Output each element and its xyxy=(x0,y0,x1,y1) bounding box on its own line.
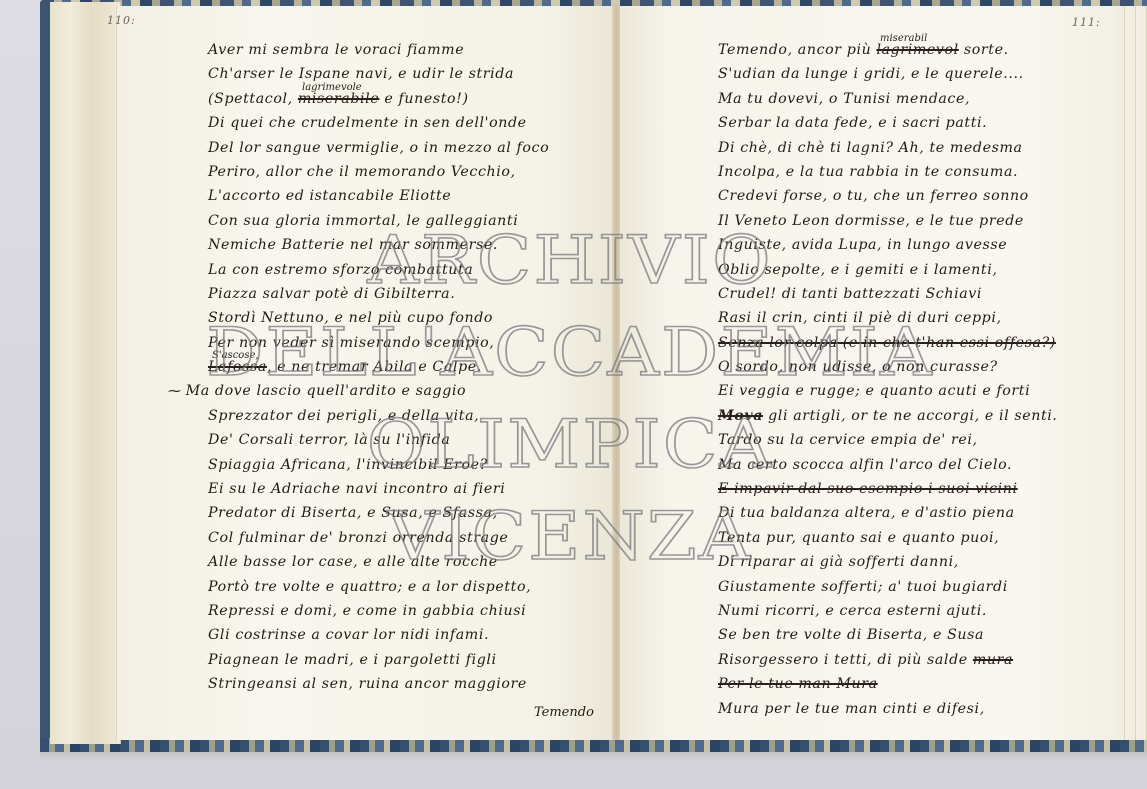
verse-text: Rasi il crin, cinti il piè di duri ceppi… xyxy=(718,310,1002,326)
verse-text: Alle basse lor case, e alle alte rocche xyxy=(208,554,498,570)
verse-text: sorte. xyxy=(959,42,1009,58)
verse-text: Predator di Biserta, e Susa, e Sfassa, xyxy=(208,505,498,521)
verse-line: Alle basse lor case, e alle alte rocche xyxy=(208,550,549,574)
verse-text: Inguiste, avida Lupa, in lungo avesse xyxy=(718,237,1007,253)
verse-line: Incolpa, e la tua rabbia in te consuma. xyxy=(718,160,1058,184)
folio-number-left: 110: xyxy=(107,14,136,27)
verse-text: Piagnean le madri, e i pargoletti figli xyxy=(208,652,497,668)
verse-text: Risorgessero i tetti, di più salde xyxy=(718,652,973,668)
verse-line: Stringeansi al sen, ruina ancor maggiore xyxy=(208,672,549,696)
struck-through-text: mura xyxy=(973,652,1013,668)
verse-line: Senza lor colpa (e in che t'han essi off… xyxy=(718,331,1058,355)
verse-text: Aver mi sembra le voraci fiamme xyxy=(208,42,464,58)
verse-text: Con sua gloria immortal, le galleggianti xyxy=(208,213,518,229)
verse-line: Predator di Biserta, e Susa, e Sfassa, xyxy=(208,501,549,525)
verse-line: ⁓Ma dove lascio quell'ardito e saggio xyxy=(168,379,549,403)
verse-line: Temendo, ancor più miserabillagrimevol s… xyxy=(718,38,1058,62)
verse-line: Ma certo scocca alfin l'arco del Cielo. xyxy=(718,453,1058,477)
verse-text: Crudel! di tanti battezzati Schiavi xyxy=(718,286,982,302)
verse-line: La con estremo sforzo combattuta xyxy=(208,258,549,282)
book-shadow xyxy=(40,752,1147,762)
struck-through-text: Per le tue man Mura xyxy=(718,676,878,692)
verse-text: Stordì Nettuno, e nel più cupo fondo xyxy=(208,310,493,326)
verse-text: (Spettacol, xyxy=(208,91,298,107)
verse-line: S'ascose,Lafossa, e ne tremar Abila e Ca… xyxy=(208,355,549,379)
interlinear-correction: S'ascose, xyxy=(212,344,259,368)
verse-text: Di riparar ai già sofferti danni, xyxy=(718,554,959,570)
verse-line: Per non veder sì miserando scempio, xyxy=(208,331,549,355)
verse-line: L'accorto ed istancabile Eliotte xyxy=(208,184,549,208)
verse-line: Mova gli artigli, or te ne accorgi, e il… xyxy=(718,404,1058,428)
verse-text: gli artigli, or te ne accorgi, e il sent… xyxy=(763,408,1057,424)
verse-text: Ma dove lascio quell'ardito e saggio xyxy=(186,383,467,399)
verse-line: Portò tre volte e quattro; e a lor dispe… xyxy=(208,575,549,599)
verse-line: Tenta pur, quanto sai e quanto puoi, xyxy=(718,526,1058,550)
verse-text: Tenta pur, quanto sai e quanto puoi, xyxy=(718,530,999,546)
verse-line: S'udian da lunge i gridi, e le querele..… xyxy=(718,62,1058,86)
verse-line: Spiaggia Africana, l'invincibil Eroe? xyxy=(208,453,549,477)
verse-line: Piagnean le madri, e i pargoletti figli xyxy=(208,648,549,672)
verse-line: Col fulminar de' bronzi orrenda strage xyxy=(208,526,549,550)
verse-line: Ma tu dovevi, o Tunisi mendace, xyxy=(718,87,1058,111)
verse-text: Tardo su la cervice empia de' rei, xyxy=(718,432,978,448)
verse-line: Se ben tre volte di Biserta, e Susa xyxy=(718,623,1058,647)
verse-line: Stordì Nettuno, e nel più cupo fondo xyxy=(208,306,549,330)
verse-text: Di chè, di chè ti lagni? Ah, te medesma xyxy=(718,140,1023,156)
verse-text: Numi ricorri, e cerca esterni ajuti. xyxy=(718,603,987,619)
verse-line: Risorgessero i tetti, di più salde mura xyxy=(718,648,1058,672)
verse-text: La con estremo sforzo combattuta xyxy=(208,262,473,278)
verse-text: Stringeansi al sen, ruina ancor maggiore xyxy=(208,676,527,692)
verse-line: Sprezzator dei perigli, e della vita, xyxy=(208,404,549,428)
verse-line: O sordo, non udisse, o non curasse? xyxy=(718,355,1058,379)
verse-text: Ei su le Adriache navi incontro ai fieri xyxy=(208,481,505,497)
verse-text: O sordo, non udisse, o non curasse? xyxy=(718,359,998,375)
verse-line: (Spettacol, lagrimevolemiserabile e fune… xyxy=(208,87,549,111)
verse-text: L'accorto ed istancabile Eliotte xyxy=(208,188,451,204)
verse-text: Serbar la data fede, e i sacri patti. xyxy=(718,115,987,131)
verse-text: Ma tu dovevi, o Tunisi mendace, xyxy=(718,91,970,107)
verse-text: Periro, allor che il memorando Vecchio, xyxy=(208,164,516,180)
verse-text: Ma certo scocca alfin l'arco del Cielo. xyxy=(718,457,1012,473)
verse-text: Sprezzator dei perigli, e della vita, xyxy=(208,408,479,424)
verse-line: Crudel! di tanti battezzati Schiavi xyxy=(718,282,1058,306)
verse-text: Repressi e domi, e come in gabbia chiusi xyxy=(208,603,526,619)
left-page-edges xyxy=(50,2,121,744)
verse-text: S'udian da lunge i gridi, e le querele..… xyxy=(718,66,1024,82)
verse-text: , e ne tremar Abila e Calpe. xyxy=(267,359,482,375)
verse-text: Giustamente sofferti; a' tuoi bugiardi xyxy=(718,579,1008,595)
verse-text: Di quei che crudelmente in sen dell'onde xyxy=(208,115,527,131)
verse-text: Mura per le tue man cinti e difesi, xyxy=(718,701,985,717)
interlinear-correction: miserabil xyxy=(880,27,927,51)
verse-text: Gli costrinse a covar lor nidi infami. xyxy=(208,627,489,643)
verse-line: Inguiste, avida Lupa, in lungo avesse xyxy=(718,233,1058,257)
verse-text: Ei veggia e rugge; e quanto acuti e fort… xyxy=(718,383,1030,399)
right-page-verses: Temendo, ancor più miserabillagrimevol s… xyxy=(718,38,1058,721)
verse-text: Il Veneto Leon dormisse, e le tue prede xyxy=(718,213,1024,229)
verse-text: Incolpa, e la tua rabbia in te consuma. xyxy=(718,164,1018,180)
interlinear-correction: lagrimevole xyxy=(302,76,362,100)
verse-line: Repressi e domi, e come in gabbia chiusi xyxy=(208,599,549,623)
verse-line: Numi ricorri, e cerca esterni ajuti. xyxy=(718,599,1058,623)
verse-line: Ei su le Adriache navi incontro ai fieri xyxy=(208,477,549,501)
verse-line: Rasi il crin, cinti il piè di duri ceppi… xyxy=(718,306,1058,330)
verse-line: Per le tue man Mura xyxy=(718,672,1058,696)
verse-line: Periro, allor che il memorando Vecchio, xyxy=(208,160,549,184)
verse-line: Piazza salvar potè di Gibilterra. xyxy=(208,282,549,306)
verse-text: Credevi forse, o tu, che un ferreo sonno xyxy=(718,188,1029,204)
verse-line: Di chè, di chè ti lagni? Ah, te medesma xyxy=(718,136,1058,160)
verse-line: Del lor sangue vermiglie, o in mezzo al … xyxy=(208,136,549,160)
struck-through-text: E impavir dal suo esempio i suoi vicini xyxy=(718,481,1018,497)
verse-text: Oblio sepolte, e i gemiti e i lamenti, xyxy=(718,262,997,278)
verse-line: De' Corsali terror, là su l'infida xyxy=(208,428,549,452)
verse-text: Se ben tre volte di Biserta, e Susa xyxy=(718,627,984,643)
verse-text: e funesto!) xyxy=(379,91,468,107)
verse-line: Di tua baldanza altera, e d'astio piena xyxy=(718,501,1058,525)
verse-line: Oblio sepolte, e i gemiti e i lamenti, xyxy=(718,258,1058,282)
verse-line: Aver mi sembra le voraci fiamme xyxy=(208,38,549,62)
struck-through-text: Mova xyxy=(718,408,763,424)
left-page-verses: Aver mi sembra le voraci fiammeCh'arser … xyxy=(208,38,549,697)
right-page-edges xyxy=(1118,6,1147,740)
catchword: Temendo xyxy=(534,705,594,720)
verse-line: Con sua gloria immortal, le galleggianti xyxy=(208,209,549,233)
struck-through-text: Senza lor colpa (e in che t'han essi off… xyxy=(718,335,1056,351)
verse-line: Giustamente sofferti; a' tuoi bugiardi xyxy=(718,575,1058,599)
verse-line: Ei veggia e rugge; e quanto acuti e fort… xyxy=(718,379,1058,403)
verse-line: Serbar la data fede, e i sacri patti. xyxy=(718,111,1058,135)
verse-text: Del lor sangue vermiglie, o in mezzo al … xyxy=(208,140,549,156)
verse-text: De' Corsali terror, là su l'infida xyxy=(208,432,450,448)
verse-text: Nemiche Batterie nel mar sommerse. xyxy=(208,237,498,253)
paragraph-marker-icon: ⁓ xyxy=(168,384,182,399)
verse-text: Spiaggia Africana, l'invincibil Eroe? xyxy=(208,457,488,473)
verse-text: Di tua baldanza altera, e d'astio piena xyxy=(718,505,1015,521)
verse-line: Nemiche Batterie nel mar sommerse. xyxy=(208,233,549,257)
verse-line: Mura per le tue man cinti e difesi, xyxy=(718,697,1058,721)
verse-line: Credevi forse, o tu, che un ferreo sonno xyxy=(718,184,1058,208)
verse-line: Gli costrinse a covar lor nidi infami. xyxy=(208,623,549,647)
verse-text: Portò tre volte e quattro; e a lor dispe… xyxy=(208,579,531,595)
verse-text: Temendo, ancor più xyxy=(718,42,876,58)
verse-line: Il Veneto Leon dormisse, e le tue prede xyxy=(718,209,1058,233)
folio-number-right: 111: xyxy=(1072,16,1101,29)
verse-line: E impavir dal suo esempio i suoi vicini xyxy=(718,477,1058,501)
verse-line: Tardo su la cervice empia de' rei, xyxy=(718,428,1058,452)
verse-line: Di quei che crudelmente in sen dell'onde xyxy=(208,111,549,135)
verse-text: Col fulminar de' bronzi orrenda strage xyxy=(208,530,508,546)
verse-line: Di riparar ai già sofferti danni, xyxy=(718,550,1058,574)
verse-line: Ch'arser le Ispane navi, e udir le strid… xyxy=(208,62,549,86)
verse-text: Piazza salvar potè di Gibilterra. xyxy=(208,286,455,302)
